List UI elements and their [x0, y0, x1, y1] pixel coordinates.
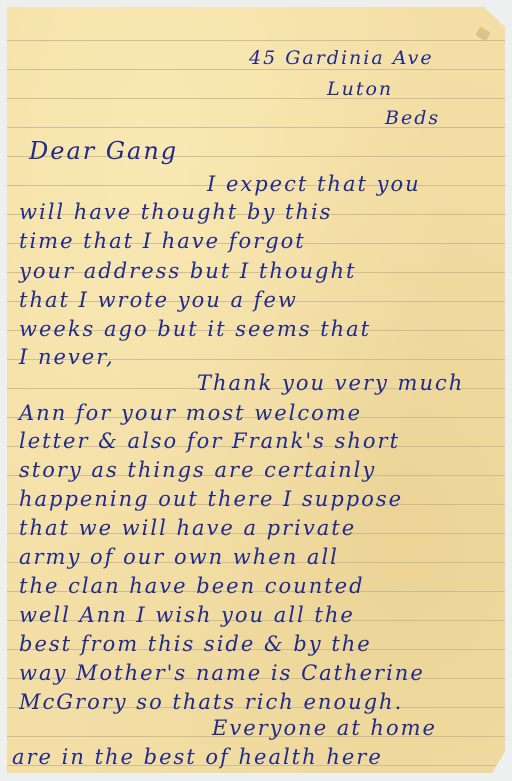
- body-line: Thank you very much: [197, 371, 464, 395]
- body-line: are in the best of health here: [12, 745, 383, 769]
- letter-page: 45 Gardinia Ave Luton Beds Dear Gang I e…: [7, 7, 505, 773]
- body-line: time that I have forgot: [19, 229, 306, 253]
- body-line: letter & also for Frank's short: [19, 429, 400, 453]
- address-line-3: Beds: [385, 107, 440, 129]
- body-line: best from this side & by the: [19, 632, 372, 656]
- ruled-line: [7, 98, 505, 99]
- body-line: way Mother's name is Catherine: [19, 661, 425, 685]
- ruled-line: [7, 69, 505, 70]
- body-line: happening out there I suppose: [19, 487, 403, 511]
- body-line: that we will have a private: [19, 516, 356, 540]
- body-line: your address but I thought: [19, 259, 356, 283]
- body-line: weeks ago but it seems that: [19, 317, 371, 341]
- body-line: Everyone at home: [212, 716, 437, 740]
- body-line: Ann for your most welcome: [19, 401, 362, 425]
- address-line-1: 45 Gardinia Ave: [249, 47, 434, 69]
- address-line-2: Luton: [327, 78, 393, 100]
- body-line: army of our own when all: [19, 545, 339, 569]
- body-line: will have thought by this: [19, 200, 332, 224]
- body-line: well Ann I wish you all the: [19, 603, 355, 627]
- body-line: story as things are certainly: [19, 458, 376, 482]
- salutation: Dear Gang: [29, 137, 178, 165]
- body-line: I never,: [19, 345, 115, 369]
- body-line: that I wrote you a few: [19, 288, 298, 312]
- body-line: I expect that you: [207, 172, 421, 196]
- body-line: McGrory so thats rich enough.: [19, 690, 403, 714]
- ruled-line: [7, 40, 505, 41]
- body-line: the clan have been counted: [19, 574, 365, 598]
